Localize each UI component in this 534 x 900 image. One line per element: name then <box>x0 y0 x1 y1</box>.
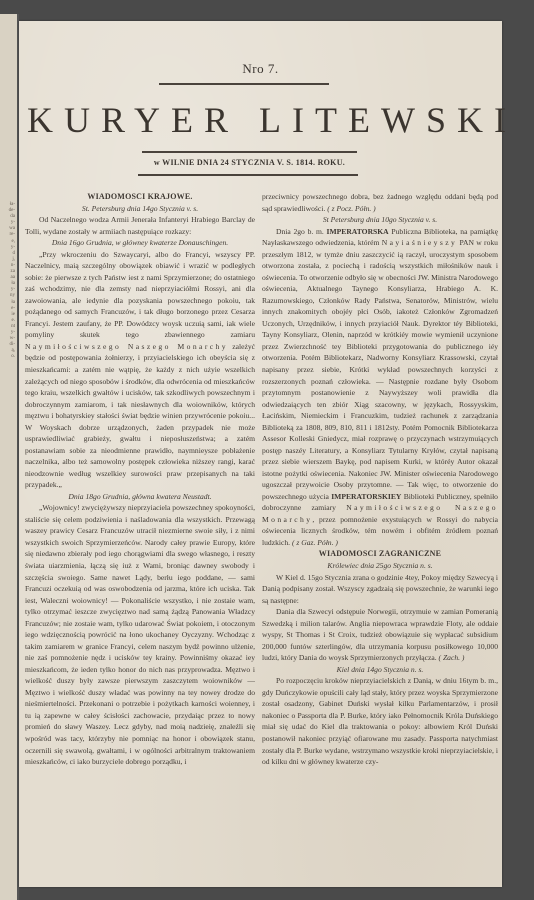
masthead-rule-top <box>159 83 329 85</box>
dateline-st-petersburg: St. Petersburg dnia 14go Stycznia v. s. <box>25 203 255 215</box>
dateline-rule-top <box>142 151 357 153</box>
article-library: Dnia 2go b. m. IMPERATORSKA Publiczna Bi… <box>262 226 498 549</box>
dateline-st-petersburg-2: St Petersburg dnia 10go Stycznia v. s. <box>262 214 498 226</box>
dateline-neustadt: Dnia 18go Grudnia, główna kwatera Neusta… <box>25 491 255 503</box>
edge-fragment: o. <box>0 354 15 360</box>
section-heading-foreign: WIADOMOSCI ZAGRANICZNE <box>262 548 498 560</box>
article-order-1: „Przy wkroczeniu do Szwaycaryi, albo do … <box>25 249 255 491</box>
article-order-2: „Wojownicy! zwyciężywszy nieprzyiaciela … <box>25 502 255 767</box>
dateline-kiel: Kiel dnia 14go Stycznia n. s. <box>262 664 498 676</box>
issue-number: Nro 7. <box>19 61 502 77</box>
left-column: WIADOMOSCI KRAJOWE. St. Petersburg dnia … <box>25 191 255 768</box>
article-kiel-terms: Dania dla Szwecyi odstępuie Norwegii, ot… <box>262 606 498 664</box>
article-kiel-peace: W Kiel d. 15go Stycznia zrana o godzinie… <box>262 572 498 607</box>
article-kiel-negotiations: Po rozpoczęciu kroków nieprzyiacielskich… <box>262 675 498 767</box>
previous-page-edge: ła-de-day-ware-e,y-dj,n-zaaałay-nyłae-ie… <box>0 14 19 900</box>
dateline-rule-bottom <box>138 174 358 176</box>
dateline-krolewiec: Królewiec dnia 25go Stycznia n. s. <box>262 560 498 572</box>
dateline: w WILNIE DNIA 24 STYCZNIA V. S. 1814. RO… <box>19 158 480 167</box>
section-heading-domestic: WIADOMOSCI KRAJOWE. <box>25 191 255 203</box>
article-continuation: przeciwnicy powszechnego dobra, bez żadn… <box>262 191 498 214</box>
right-column: przeciwnicy powszechnego dobra, bez żadn… <box>262 191 498 768</box>
newspaper-page: Nro 7. KURYER LITEWSKI w WILNIE DNIA 24 … <box>19 21 502 887</box>
article-intro: Od Naczelnego wodza Armii Jenerała Infan… <box>25 214 255 237</box>
dateline-donauschingen: Dnia 16go Grudnia, w główney kwaterze Do… <box>25 237 255 249</box>
previous-page-text-fragments: ła-de-day-ware-e,y-dj,n-zaaałay-nyłae-ie… <box>0 14 17 360</box>
masthead-title: KURYER LITEWSKI <box>27 99 467 141</box>
